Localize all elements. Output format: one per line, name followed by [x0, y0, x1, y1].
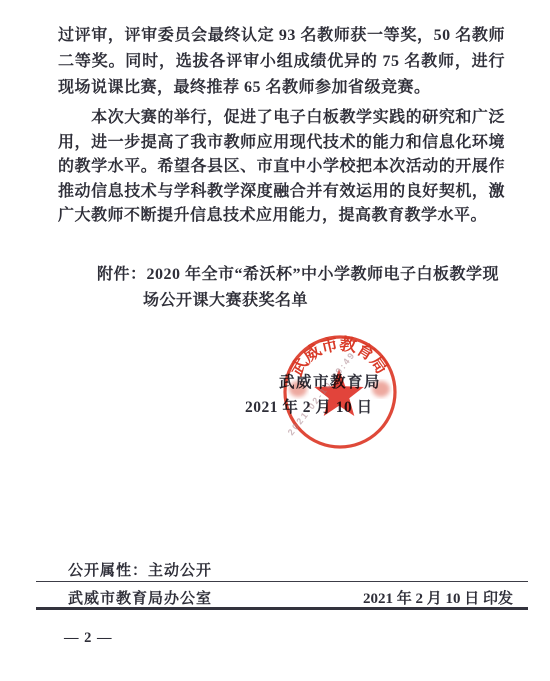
- attachment-note: 附件：2020 年全市“希沃杯”中小学教师电子白板教学现 场公开课大赛获奖名单: [58, 262, 505, 314]
- text-line: 二等奖。同时，选拔各评审小组成绩优异的 75 名教师，进行了: [58, 49, 505, 75]
- document-page: 过评审，评审委员会最终认定 93 名教师获一等奖，50 名教师获二等奖。同时，选…: [0, 0, 550, 681]
- text-line: 用，进一步提高了我市教师应用现代技术的能力和信息化环境中: [58, 131, 505, 156]
- text-line: 推动信息技术与学科教学深度融合并有效运用的良好契机，激励: [58, 180, 505, 205]
- page-number: — 2 —: [64, 630, 113, 647]
- text-line: 过评审，评审委员会最终认定 93 名教师获一等奖，50 名教师获: [58, 23, 505, 49]
- attachment-label: 附件：: [97, 266, 147, 283]
- seal-ink-smudge-left: [289, 381, 307, 397]
- text-line: 本次大赛的举行，促进了电子白板教学实践的研究和广泛应: [58, 106, 505, 131]
- text-line: 的教学水平。希望各县区、市直中小学校把本次活动的开展作为: [58, 155, 505, 180]
- disclosure-attribute: 公开属性：主动公开: [68, 559, 212, 580]
- paragraph-1: 过评审，评审委员会最终认定 93 名教师获一等奖，50 名教师获二等奖。同时，选…: [58, 23, 505, 101]
- footer-divider-thin: [36, 581, 528, 582]
- attachment-line-2: 场公开课大赛获奖名单: [58, 288, 505, 314]
- attachment-line-1: 附件：2020 年全市“希沃杯”中小学教师电子白板教学现: [58, 262, 505, 288]
- attachment-title-part1: 2020 年全市“希沃杯”中小学教师电子白板教学现: [147, 266, 500, 283]
- text-line: 现场说课比赛，最终推荐 65 名教师参加省级竞赛。: [58, 75, 505, 101]
- print-issue-date: 2021 年 2 月 10 日 印发: [363, 587, 513, 608]
- paragraph-2: 本次大赛的举行，促进了电子白板教学实践的研究和广泛应用，进一步提高了我市教师应用…: [58, 106, 505, 229]
- footer-divider-thick: [36, 607, 528, 610]
- issuing-office: 武威市教育局办公室: [68, 587, 212, 608]
- text-line: 广大教师不断提升信息技术应用能力，提高教育教学水平。: [58, 204, 505, 229]
- official-seal-stamp: 武威市教育局 2021-02-10 09:49: [278, 330, 402, 454]
- seal-ink-smudge-right: [372, 381, 390, 397]
